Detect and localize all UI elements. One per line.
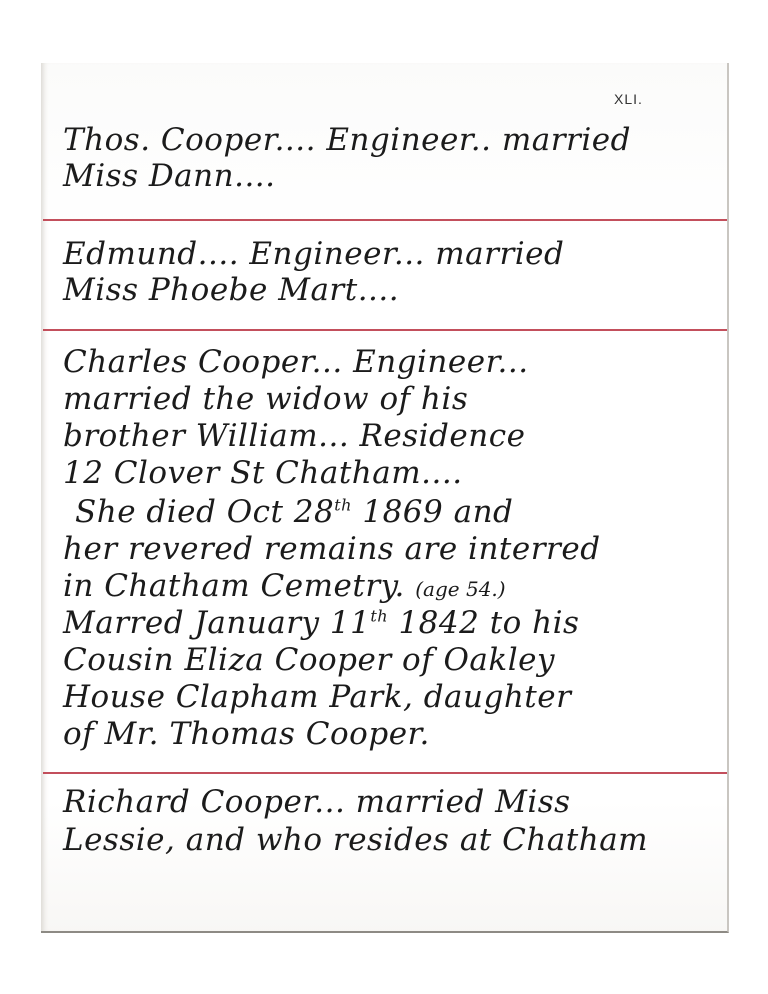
red-rule-divider (43, 329, 727, 331)
red-rule-divider (43, 219, 727, 221)
entry-charles-cooper-line-5: She died Oct 28th 1869 and (75, 495, 513, 529)
folio-number: XLI. (614, 91, 643, 107)
marriage-date-text: Marred January 11 (63, 605, 370, 641)
death-date-text: She died Oct 28 (75, 494, 334, 530)
death-year-text: 1869 and (362, 494, 513, 530)
entry-charles-cooper-line-3: brother William... Residence (63, 419, 525, 453)
entry-edmund-line-2: Miss Phoebe Mart.... (63, 273, 399, 307)
entry-thos-cooper-line-1: Thos. Cooper.... Engineer.. married (63, 123, 631, 157)
cemetery-text: in Chatham Cemetry. (63, 568, 405, 604)
entry-charles-cooper-line-6: her revered remains are interred (63, 532, 601, 566)
entry-charles-cooper-line-9: Cousin Eliza Cooper of Oakley (63, 643, 555, 677)
entry-charles-cooper-line-4: 12 Clover St Chatham.... (63, 456, 463, 490)
entry-charles-cooper-line-10: House Clapham Park, daughter (63, 680, 571, 714)
red-rule-divider (43, 772, 727, 774)
marriage-year-text: 1842 to his (398, 605, 579, 641)
entry-thos-cooper-line-2: Miss Dann.... (63, 159, 276, 193)
entry-edmund-line-1: Edmund.... Engineer... married (63, 237, 564, 271)
entry-richard-cooper-line-2: Lessie, and who resides at Chatham (63, 823, 648, 857)
entry-charles-cooper-line-2: married the widow of his (63, 382, 468, 416)
entry-charles-cooper-line-11: of Mr. Thomas Cooper. (63, 717, 430, 751)
entry-charles-cooper-line-7: in Chatham Cemetry. (age 54.) (63, 569, 506, 606)
entry-charles-cooper-line-8: Marred January 11th 1842 to his (63, 606, 579, 640)
entry-richard-cooper-line-1: Richard Cooper... married Miss (63, 785, 571, 819)
marriage-date-suffix: th (370, 607, 388, 626)
entry-charles-cooper-line-1: Charles Cooper... Engineer... (63, 345, 529, 379)
age-note: (age 54.) (415, 577, 505, 601)
ledger-page: XLI. Thos. Cooper.... Engineer.. married… (41, 63, 729, 933)
death-date-suffix: th (334, 496, 352, 515)
